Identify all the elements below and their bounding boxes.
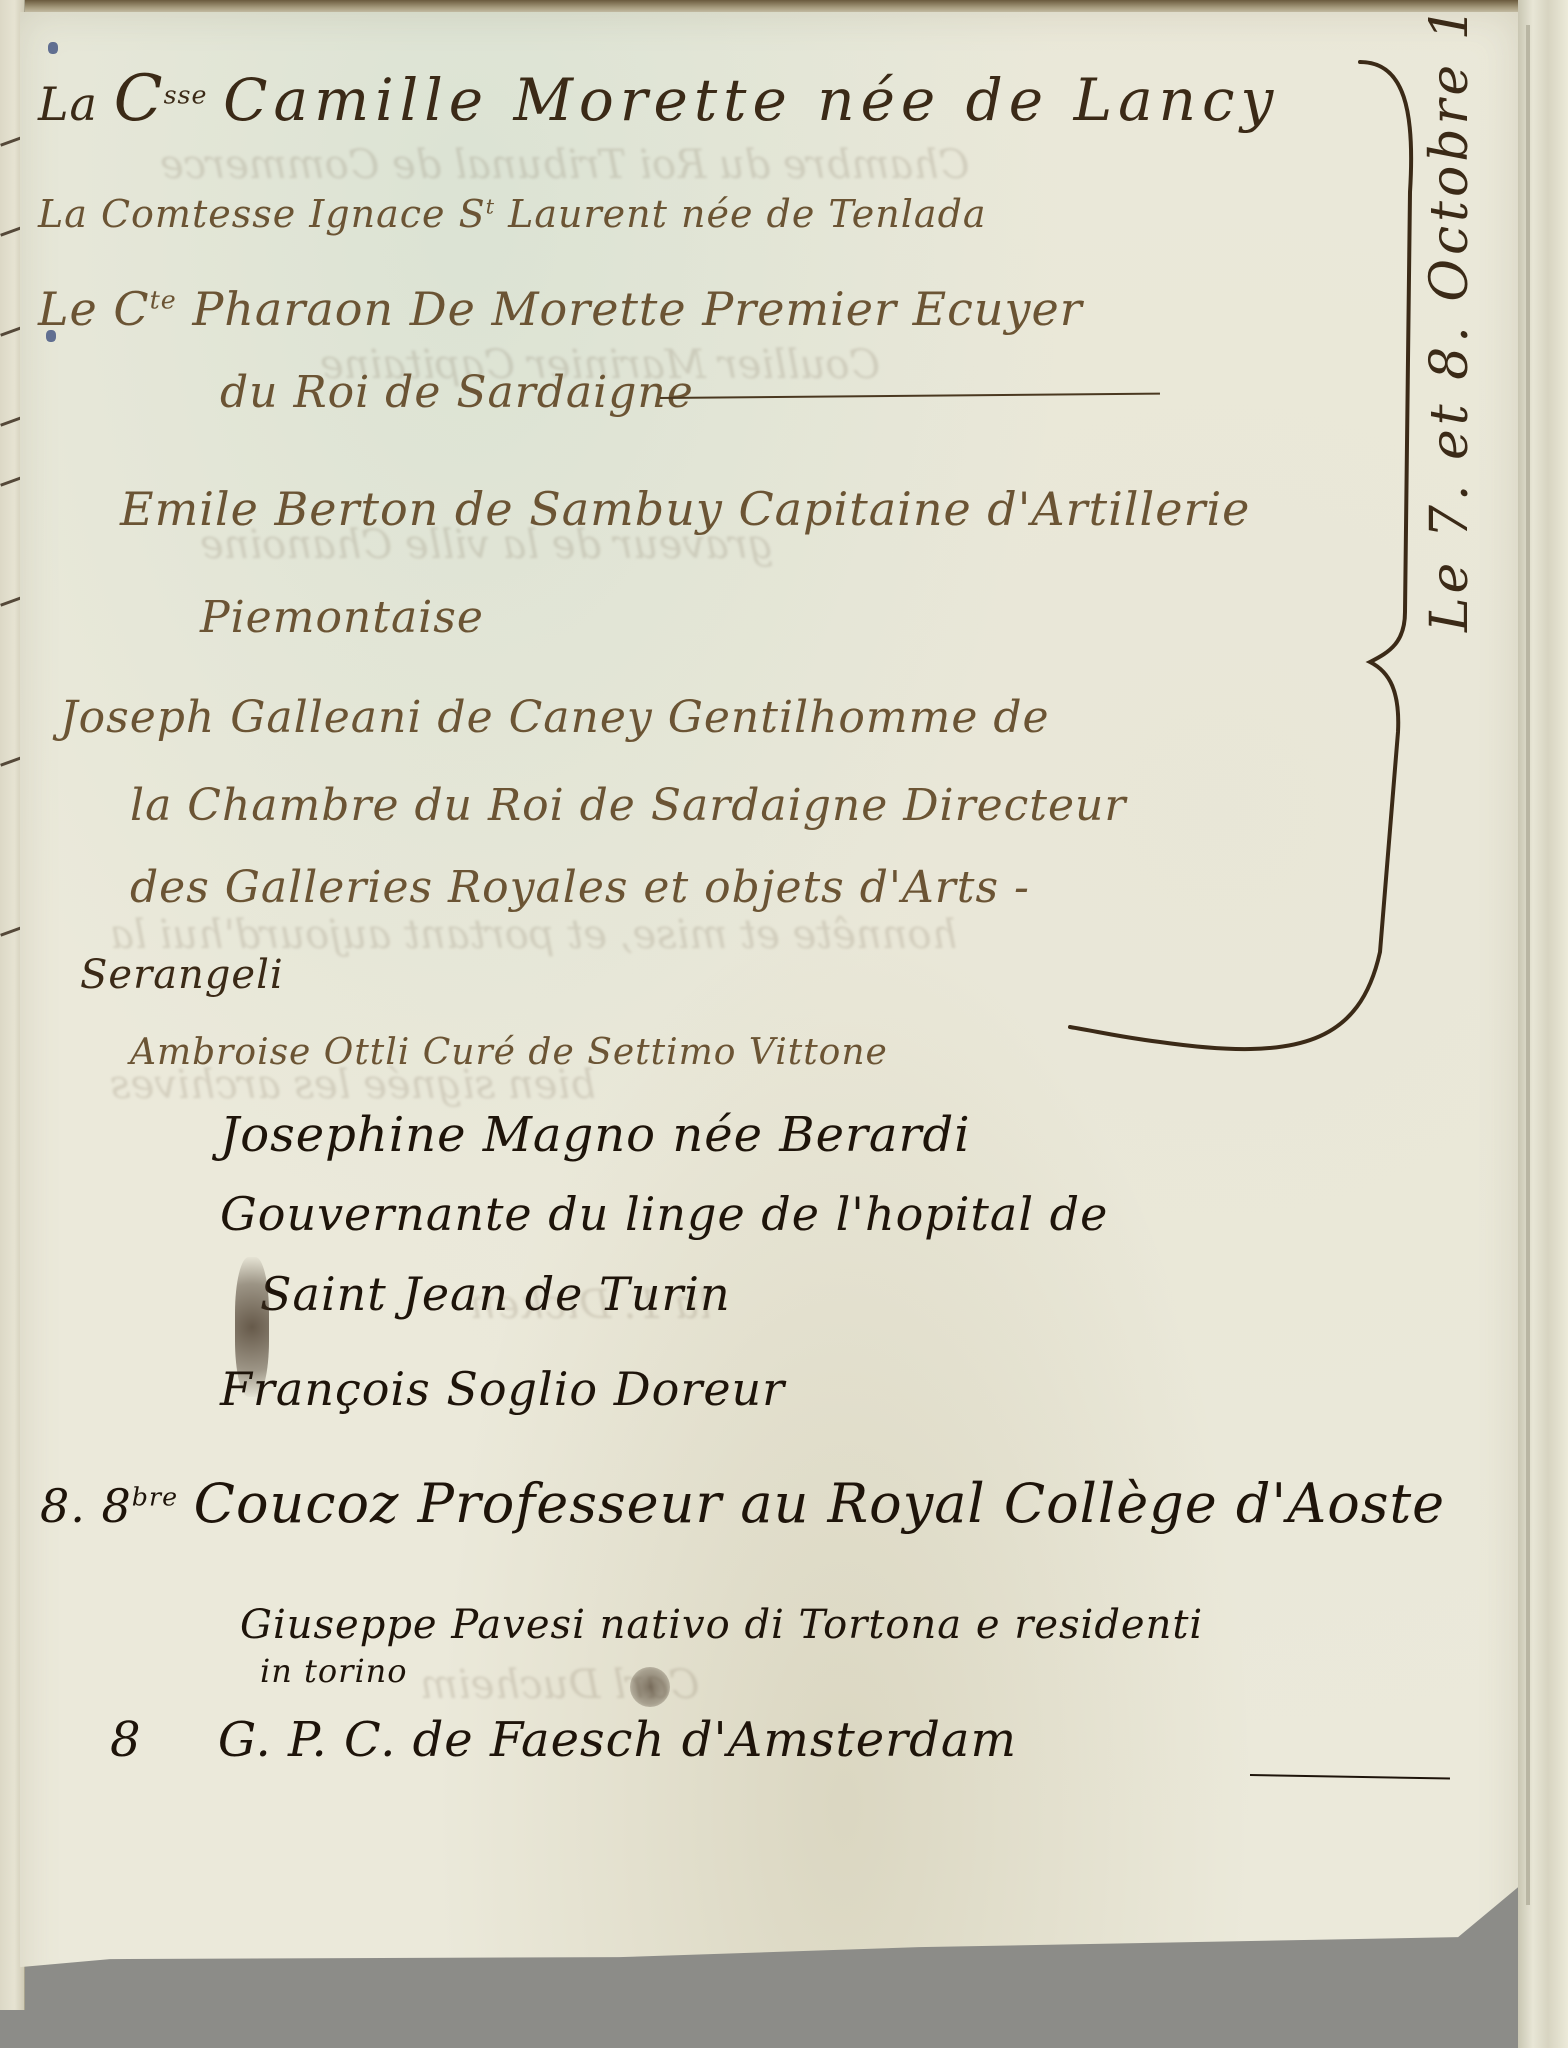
entry-line: La Csse Camille Morette née de Lancy: [38, 62, 1279, 136]
entry-line: Emile Berton de Sambuy Capitaine d'Artil…: [120, 482, 1250, 536]
bleed-stroke: [0, 926, 22, 936]
bleed-stroke: [0, 136, 22, 146]
entry-line: Joseph Galleani de Caney Gentilhomme de: [60, 692, 1050, 743]
entry-prefix: Le C: [38, 282, 150, 336]
entry-line: Serangeli: [80, 952, 284, 998]
entry-continuation: des Galleries Royales et objets d'Arts -: [130, 862, 1030, 913]
bleed-stroke: [0, 226, 22, 236]
entry-continuation: Gouvernante du linge de l'hopital de: [220, 1187, 1108, 1241]
entry-line: Josephine Magno née Berardi: [220, 1107, 971, 1163]
page-edge-line: [1526, 25, 1530, 1905]
entry-name-cont: Laurent née de Tenlada: [508, 192, 986, 236]
entry-continuation: du Roi de Sardaigne: [220, 367, 694, 418]
entry-continuation: in torino: [260, 1652, 408, 1690]
bleed-stroke: [0, 756, 22, 766]
title-abbrev: C: [114, 62, 164, 136]
entry-continuation: Piemontaise: [200, 592, 484, 643]
date-superscript: bre: [132, 1483, 178, 1512]
page-stack-edge: [1518, 0, 1568, 2048]
entry-line: Giuseppe Pavesi nativo di Tortona e resi…: [240, 1602, 1203, 1648]
manuscript-page: Chambre du Roi Tribunal de Commerce Coul…: [20, 12, 1518, 2007]
margin-date: Le 7. et 8. Octobre 1823.: [1420, 0, 1480, 632]
entry-name: La Comtesse Ignace S: [38, 192, 486, 236]
entry-name: G. P. C. de Faesch d'Amsterdam: [218, 1712, 1017, 1768]
entry-continuation: Saint Jean de Turin: [260, 1267, 731, 1321]
entry-name: Camille Morette née de Lancy: [223, 66, 1279, 134]
entry-continuation: la Chambre du Roi de Sardaigne Directeur: [130, 780, 1126, 831]
bleed-stroke: [0, 596, 22, 606]
entry-date: 8. 8: [40, 1479, 132, 1533]
bleed-stroke: [0, 326, 22, 336]
entry-line: 8 G. P. C. de Faesch d'Amsterdam: [110, 1712, 1017, 1768]
bleed-stroke: [0, 416, 22, 426]
ink-blot: [630, 1667, 670, 1707]
bleed-through-text: Chambre du Roi Tribunal de Commerce: [160, 142, 970, 188]
title-superscript: te: [150, 286, 177, 315]
entry-name: Pharaon De Morette Premier Ecuyer: [192, 282, 1082, 336]
entry-line: La Comtesse Ignace St Laurent née de Ten…: [38, 192, 987, 236]
entry-line: François Soglio Doreur: [220, 1362, 785, 1416]
bleed-stroke: [0, 476, 22, 486]
underline-stroke: [1250, 1774, 1450, 1779]
entry-name: Coucoz Professeur au Royal Collège d'Aos…: [194, 1472, 1445, 1535]
bracket-line: [1060, 52, 1460, 1082]
entry-line: Ambroise Ottli Curé de Settimo Vittone: [130, 1032, 888, 1073]
entry-date: 8: [110, 1712, 142, 1768]
entry-line: 8. 8bre Coucoz Professeur au Royal Collè…: [40, 1472, 1445, 1535]
ink-spot: [48, 42, 58, 54]
entry-line: Le Cte Pharaon De Morette Premier Ecuyer: [38, 282, 1083, 336]
title-superscript: sse: [164, 81, 208, 110]
entry-prefix: La: [38, 77, 98, 131]
superscript: t: [486, 194, 495, 218]
